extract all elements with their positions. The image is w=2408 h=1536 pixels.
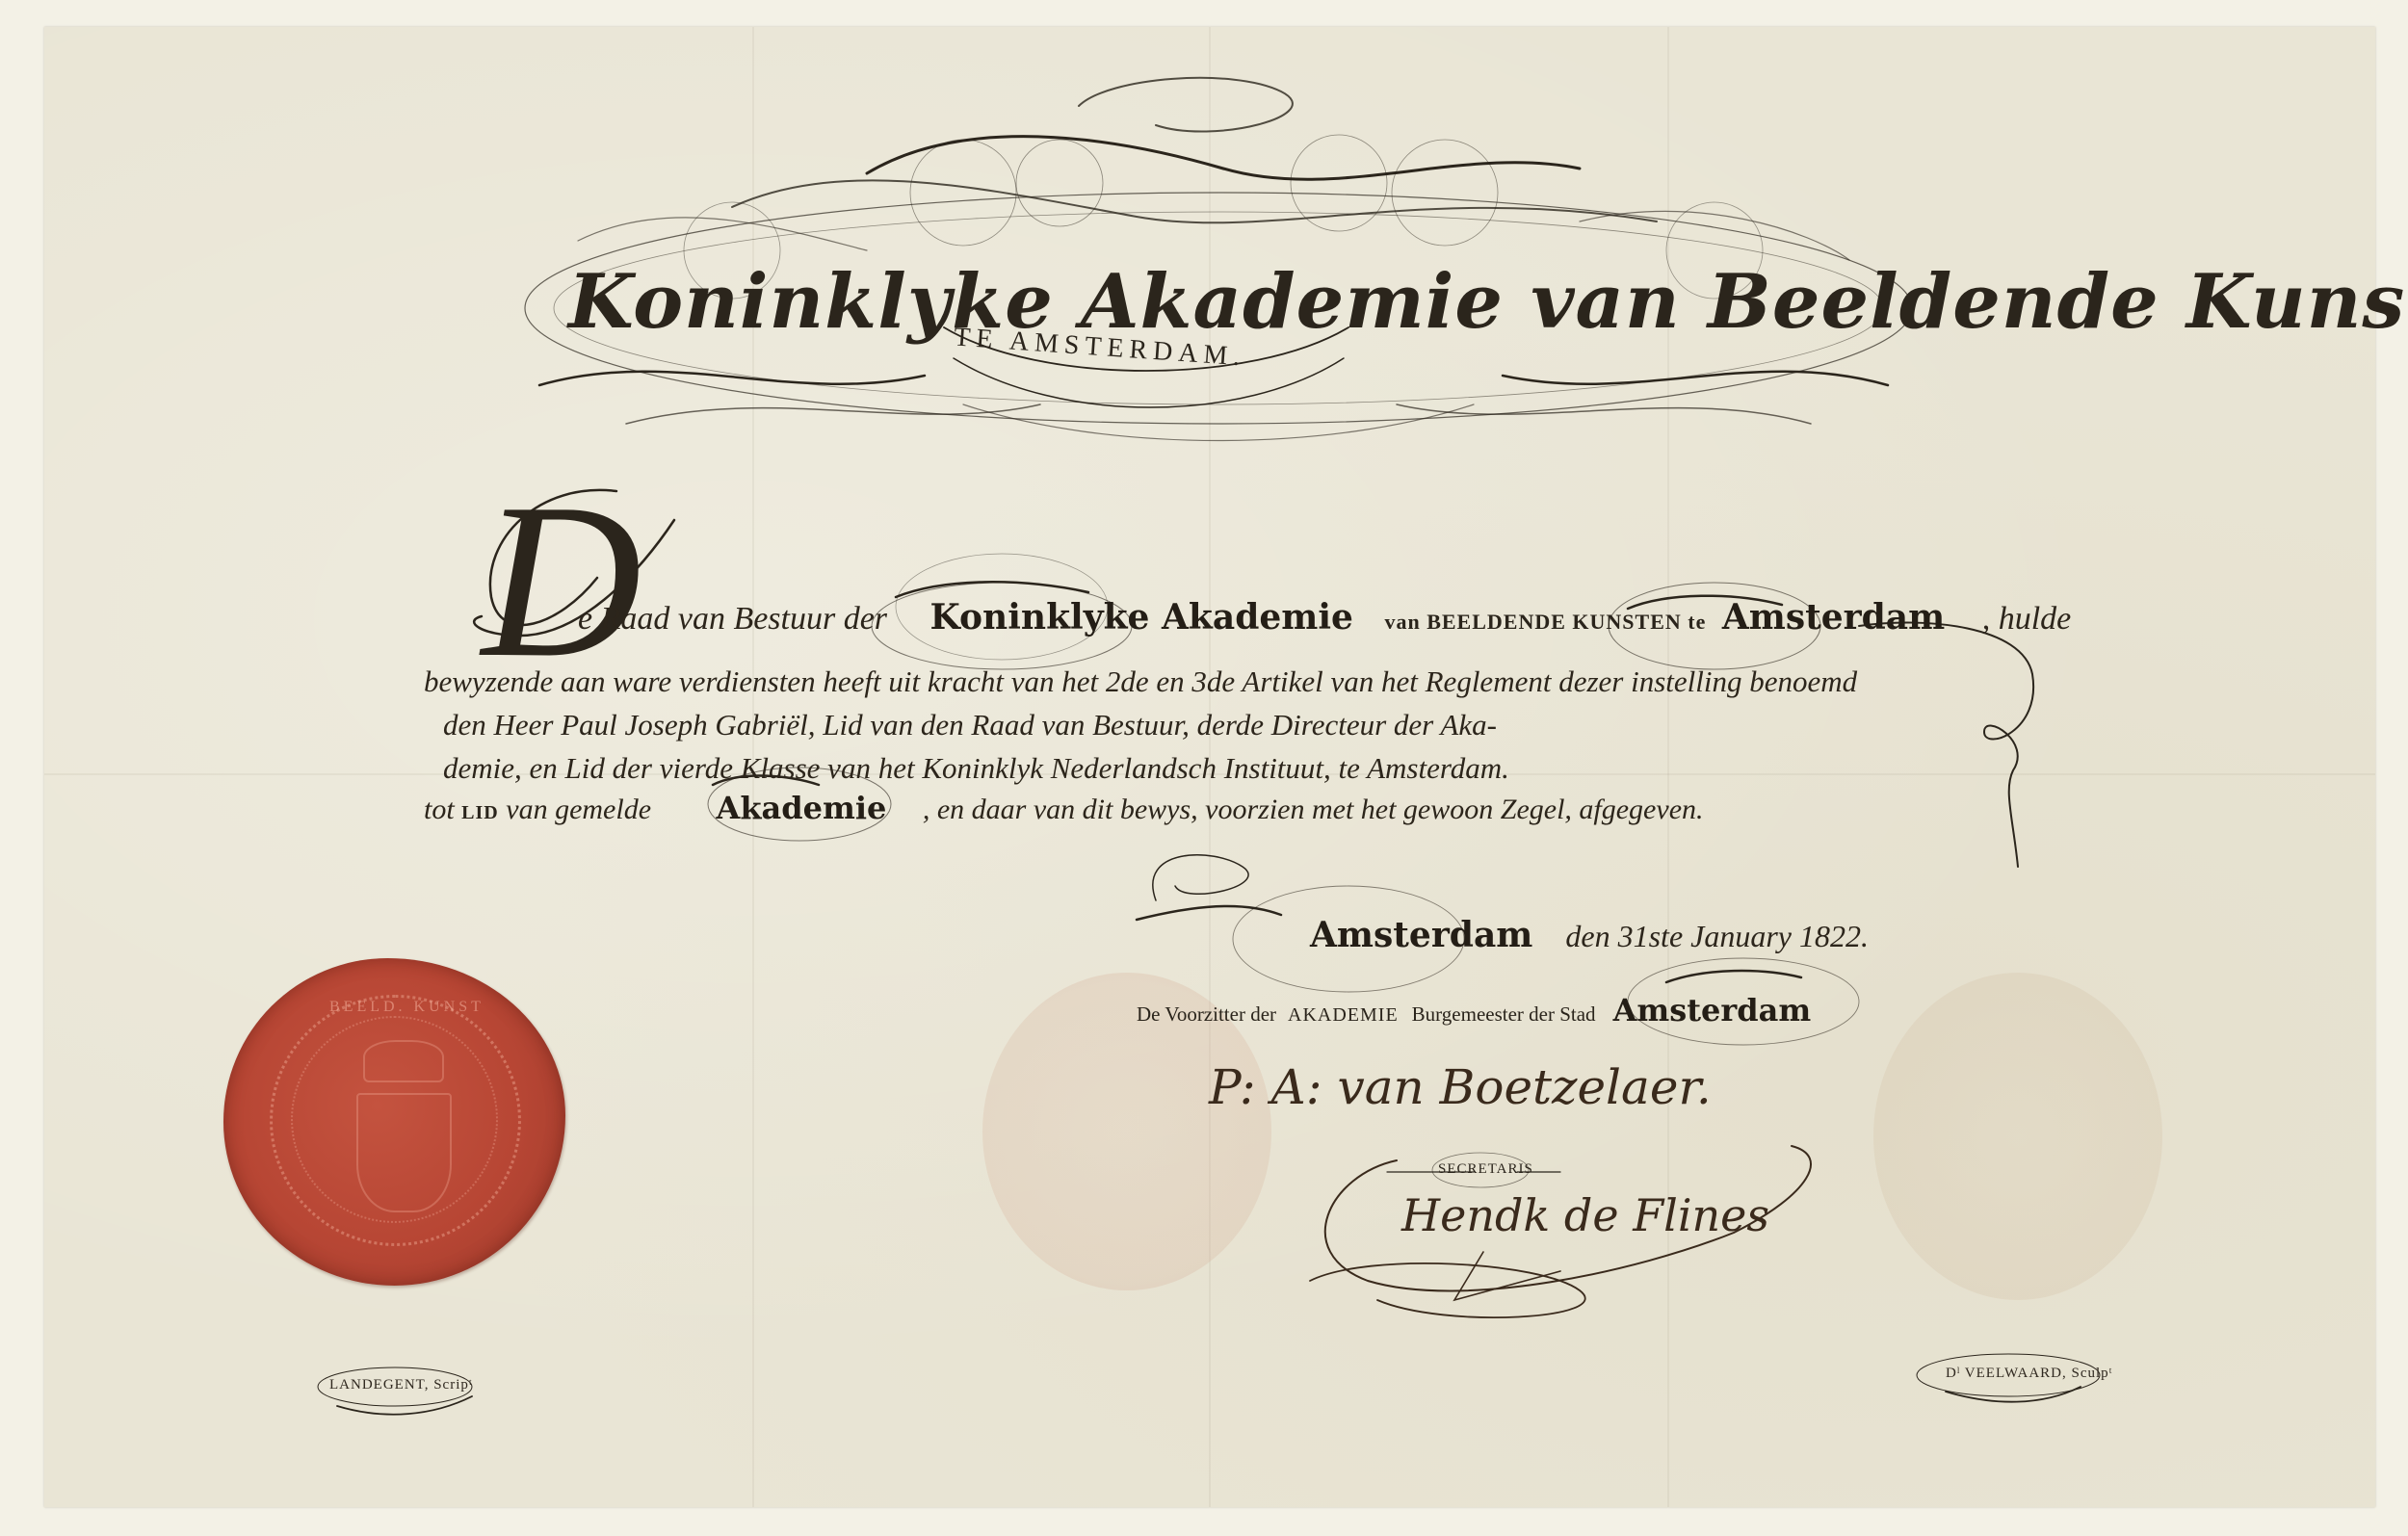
seal-legend: BEELD. KUNST	[329, 999, 484, 1016]
imprint-engraver: Dˡ VEELWAARD, Sculpᵗ	[1946, 1366, 2113, 1382]
secretary-label: SECRETARIS	[1438, 1161, 1533, 1178]
text-akademie-gothic: Akademie	[717, 790, 887, 826]
body-line-1: e Raad van Bestuur der Koninklyke Akadem…	[578, 597, 2071, 638]
body-line-4: demie, en Lid der vierde Klasse van het …	[443, 751, 1509, 786]
text-afgegeven: , en daar van dit bewys, voorzien met he…	[923, 794, 1704, 825]
label-voorzitter: De Voorzitter der	[1137, 1002, 1276, 1026]
text-hulde: , hulde	[1982, 601, 2072, 637]
label-amsterdam-gothic: Amsterdam	[1613, 992, 1812, 1028]
shield-icon	[356, 1093, 452, 1212]
imprint-scribe: LANDEGENT, Scripᵗ	[329, 1377, 473, 1393]
signature-boetzelaer: P: A: van Boetzelaer.	[1209, 1059, 1712, 1115]
text-raad: e Raad van Bestuur der	[578, 601, 887, 637]
body-line-5: tot LID van gemelde Akademie , en daar v…	[424, 790, 1704, 826]
label-akademie: AKADEMIE	[1288, 1004, 1399, 1026]
label-burgemeester: Burgemeester der Stad	[1412, 1002, 1596, 1026]
text-van-gemelde: van gemelde	[506, 794, 651, 825]
text-tot: tot	[424, 794, 455, 825]
page-title: Koninklyke Akademie van Beeldende Kunste…	[568, 258, 2408, 346]
text-beeldende-kunsten: van BEELDENDE KUNSTEN te	[1384, 610, 1706, 634]
text-lid: LID	[461, 802, 499, 823]
crown-icon	[363, 1040, 444, 1082]
dateline: Amsterdam den 31ste January 1822.	[1310, 915, 1869, 955]
signatories-line: De Voorzitter der AKADEMIE Burgemeester …	[1137, 992, 1811, 1028]
text-amsterdam-gothic: Amsterdam	[1722, 597, 1945, 638]
body-line-2: bewyzende aan ware verdiensten heeft uit…	[424, 664, 1857, 699]
body-line-3: den Heer Paul Joseph Gabriël, Lid van de…	[443, 708, 1497, 742]
dateline-city: Amsterdam	[1310, 915, 1532, 955]
text-academy-gothic: Koninklyke Akademie	[930, 597, 1353, 638]
dateline-date: den 31ste January 1822.	[1565, 919, 1869, 953]
wax-seal: BEELD. KUNST	[223, 958, 565, 1286]
signature-secretary: Hendk de Flines	[1401, 1189, 1769, 1241]
